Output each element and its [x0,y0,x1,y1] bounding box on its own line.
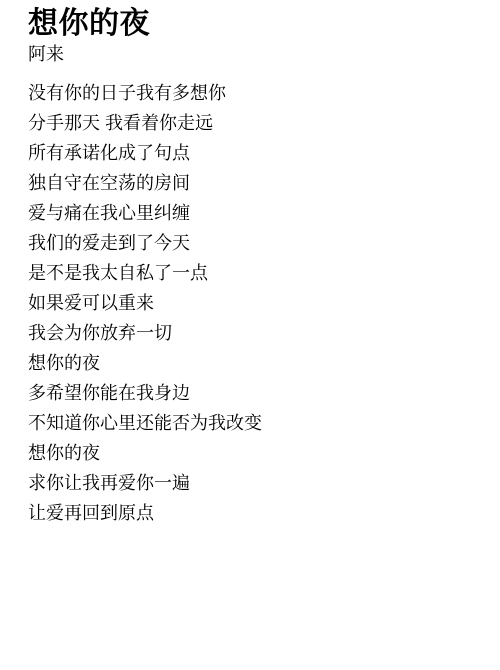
lyrics-body: 没有你的日子我有多想你 分手那天 我看着你走远 所有承诺化成了句点 独自守在空荡… [28,78,480,528]
page-title: 想你的夜 [28,6,480,42]
lyric-line: 没有你的日子我有多想你 [28,78,480,108]
lyric-line: 我们的爱走到了今天 [28,228,480,258]
lyrics-page: 想你的夜 阿来 没有你的日子我有多想你 分手那天 我看着你走远 所有承诺化成了句… [0,0,500,670]
lyric-line: 让爱再回到原点 [28,498,480,528]
lyric-line: 多希望你能在我身边 [28,378,480,408]
artist-name: 阿来 [28,42,480,66]
lyric-line: 我会为你放弃一切 [28,318,480,348]
lyric-line: 独自守在空荡的房间 [28,168,480,198]
lyric-line: 所有承诺化成了句点 [28,138,480,168]
lyric-line: 想你的夜 [28,438,480,468]
lyric-line: 求你让我再爱你一遍 [28,468,480,498]
lyric-line: 不知道你心里还能否为我改变 [28,408,480,438]
lyric-line: 爱与痛在我心里纠缠 [28,198,480,228]
lyric-line: 如果爱可以重来 [28,288,480,318]
lyric-line: 分手那天 我看着你走远 [28,108,480,138]
lyric-line: 是不是我太自私了一点 [28,258,480,288]
lyric-line: 想你的夜 [28,348,480,378]
